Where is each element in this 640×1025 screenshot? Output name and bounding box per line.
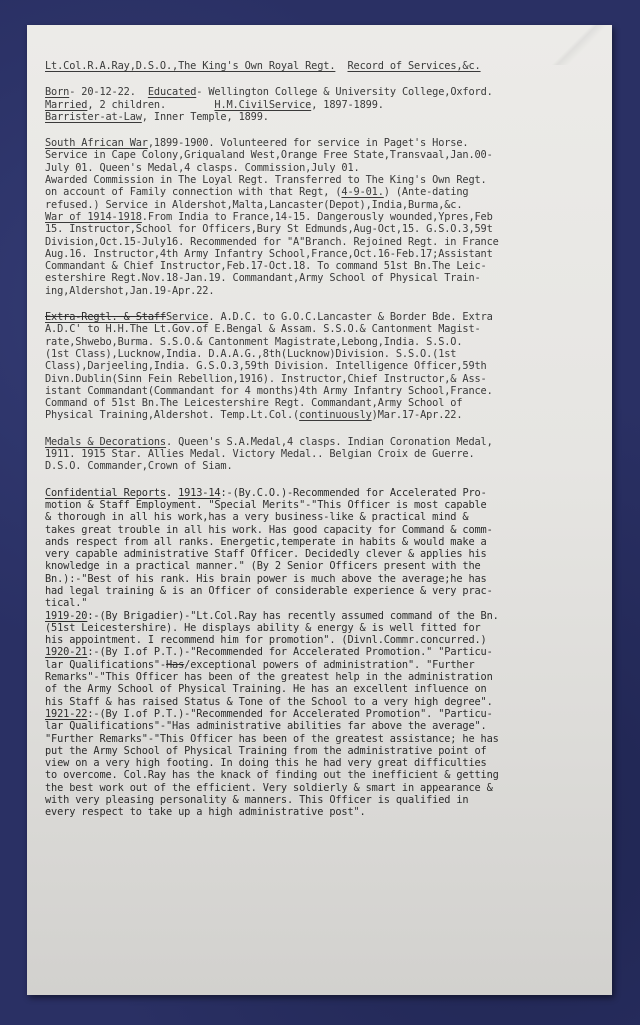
text-line: every respect to take up a high administ… bbox=[45, 806, 602, 818]
section-heading: South African War bbox=[45, 137, 148, 149]
married-label: Married bbox=[45, 99, 87, 111]
text-line: D.S.O. Commander,Crown of Siam. bbox=[45, 460, 602, 472]
text-line: Bn.):-"Best of his rank. His brain power… bbox=[45, 573, 602, 585]
text-line: ) (Ante-dating bbox=[384, 186, 469, 198]
text-line: :-(By Brigadier)-"Lt.Col.Ray has recentl… bbox=[87, 610, 498, 622]
text-line: Class),Darjeeling,India. G.S.O.3,59th Di… bbox=[45, 360, 602, 372]
text-line: put the Army School of Physical Training… bbox=[45, 745, 602, 757]
text-line: )Mar.17-Apr.22. bbox=[372, 409, 463, 421]
text-line: on account of Family connection with tha… bbox=[45, 186, 341, 198]
text-line: with very pleasing personality & manners… bbox=[45, 794, 602, 806]
text-line: .From India to France,14-15. Dangerously… bbox=[142, 211, 493, 223]
personal-details: Born- 20-12-22. Educated- Wellington Col… bbox=[45, 86, 602, 123]
text-line: Service in Cape Colony,Griqualand West,O… bbox=[45, 149, 602, 161]
text-line: his Staff & has raised Status & Tone of … bbox=[45, 696, 602, 708]
text-line: refused.) Service in Aldershot,Malta,Lan… bbox=[45, 199, 602, 211]
report-period: 1919-20 bbox=[45, 610, 87, 622]
educated-value: - Wellington College & University Colleg… bbox=[196, 86, 492, 98]
text-line: July 01. Queen's Medal,4 clasps. Commiss… bbox=[45, 162, 602, 174]
text-line: "Further Remarks"-"This Officer has been… bbox=[45, 733, 602, 745]
text-line: 15. Instructor,School for Officers,Bury … bbox=[45, 223, 602, 235]
text-line: his appointment. I recommend him for pro… bbox=[45, 634, 602, 646]
text-line: knowledge in a practical manner." (By 2 … bbox=[45, 560, 602, 572]
section-heading: Medals & Decorations bbox=[45, 436, 166, 448]
section-heading: Service bbox=[166, 311, 208, 323]
text-line: of the Army School of Physical Training.… bbox=[45, 683, 602, 695]
text-line: :-(By.C.O.)-Recommended for Accelerated … bbox=[220, 487, 486, 499]
text-line: ,1899-1900. Volunteered for service in P… bbox=[148, 137, 469, 149]
officer-name: Lt.Col.R.A.Ray,D.S.O.,The King's Own Roy… bbox=[45, 60, 335, 72]
text-line: . A.D.C. to G.O.C.Lancaster & Border Bde… bbox=[208, 311, 492, 323]
text-line: had legal training & is an Officer of co… bbox=[45, 585, 602, 597]
text-line: Aug.16. Instructor,4th Army Infantry Sch… bbox=[45, 248, 602, 260]
report-period: 1921-22 bbox=[45, 708, 87, 720]
married-value: , 2 children. bbox=[87, 99, 166, 111]
text-line: Divn.Dublin(Sinn Fein Rebellion,1916). I… bbox=[45, 373, 602, 385]
text-line: lar Qualifications"- bbox=[45, 659, 166, 671]
extra-regimental-service-section: Extra-Regtl. & StaffService. A.D.C. to G… bbox=[45, 311, 602, 422]
text-line: very capable administrative Staff Office… bbox=[45, 548, 602, 560]
text-line: . Queen's S.A.Medal,4 clasps. Indian Cor… bbox=[166, 436, 493, 448]
born-label: Born bbox=[45, 86, 69, 98]
barrister-label: Barrister-at-Law bbox=[45, 111, 142, 123]
report-period: 1913-14 bbox=[178, 487, 220, 499]
struck-word: Has bbox=[166, 659, 184, 671]
medals-section: Medals & Decorations. Queen's S.A.Medal,… bbox=[45, 436, 602, 473]
text-line: :-(By I.of P.T.)-"Recommended for Accele… bbox=[87, 708, 492, 720]
transfer-date: 4-9-01. bbox=[341, 186, 383, 198]
text-line: (1st Class),Lucknow,India. D.A.A.G.,8th(… bbox=[45, 348, 602, 360]
text-line: tical." bbox=[45, 597, 602, 609]
born-value: - 20-12-22. bbox=[69, 86, 136, 98]
text-line: lar Qualifications"-"Has administrative … bbox=[45, 720, 602, 732]
text-line: estershire Regt.Nov.18-Jan.19. Commandan… bbox=[45, 272, 602, 284]
text-line: rate,Shwebo,Burma. S.S.O.& Cantonment Ma… bbox=[45, 336, 602, 348]
text-line: the best work out of the efficient. Very… bbox=[45, 782, 602, 794]
report-period: 1920-21 bbox=[45, 646, 87, 658]
text-line: istant Commandant(Commandant for 4 month… bbox=[45, 385, 602, 397]
text-line: A.D.C' to H.H.The Lt.Gov.of E.Bengal & A… bbox=[45, 323, 602, 335]
section-heading: Confidential Reports bbox=[45, 487, 166, 499]
south-african-war-section: South African War,1899-1900. Volunteered… bbox=[45, 137, 602, 211]
text-line: Awarded Commission in The Loyal Regt. Tr… bbox=[45, 174, 602, 186]
struck-heading: Extra-Regtl. & Staff bbox=[45, 311, 166, 323]
educated-label: Educated bbox=[148, 86, 196, 98]
section-heading: War of 1914-1918 bbox=[45, 211, 142, 223]
record-heading: Record of Services,&c. bbox=[347, 60, 480, 72]
text-line: Division,Oct.15-July16. Recommended for … bbox=[45, 236, 602, 248]
civil-service-label: H.M.CivilService bbox=[214, 99, 311, 111]
text-line: motion & Staff Employment. "Special Meri… bbox=[45, 499, 602, 511]
text-line: takes great trouble in all his work. Has… bbox=[45, 524, 602, 536]
civil-service-value: , 1897-1899. bbox=[311, 99, 384, 111]
text-line: view on a very high footing. In doing th… bbox=[45, 757, 602, 769]
text-line: Remarks"-"This Officer has been of the g… bbox=[45, 671, 602, 683]
text-line: 1911. 1915 Star. Allies Medal. Victory M… bbox=[45, 448, 602, 460]
text-line: (51st Leicestershire). He displays abili… bbox=[45, 622, 602, 634]
text-line: Physical Training,Aldershot. Temp.Lt.Col… bbox=[45, 409, 299, 421]
confidential-reports-section: Confidential Reports. 1913-14:-(By.C.O.)… bbox=[45, 487, 602, 819]
text-line: /exceptional powers of administration". … bbox=[184, 659, 474, 671]
underlined-word: continuously bbox=[299, 409, 372, 421]
text-line: to overcome. Col.Ray has the knack of fi… bbox=[45, 769, 602, 781]
text-line: :-(By I.of P.T.)-"Recommended for Accele… bbox=[87, 646, 492, 658]
war-1914-section: War of 1914-1918.From India to France,14… bbox=[45, 211, 602, 297]
text-line: ands respect from all ranks. Energetic,t… bbox=[45, 536, 602, 548]
typed-record-sheet: Lt.Col.R.A.Ray,D.S.O.,The King's Own Roy… bbox=[27, 25, 612, 995]
barrister-value: , Inner Temple, 1899. bbox=[142, 111, 269, 123]
text-line: ing,Aldershot,Jan.19-Apr.22. bbox=[45, 285, 602, 297]
text-line: & thorough in all his work,has a very bu… bbox=[45, 511, 602, 523]
document-title: Lt.Col.R.A.Ray,D.S.O.,The King's Own Roy… bbox=[45, 60, 602, 72]
text-line: Commandant & Chief Instructor,Feb.17-Oct… bbox=[45, 260, 602, 272]
text-line: Command of 51st Bn.The Leicestershire Re… bbox=[45, 397, 602, 409]
